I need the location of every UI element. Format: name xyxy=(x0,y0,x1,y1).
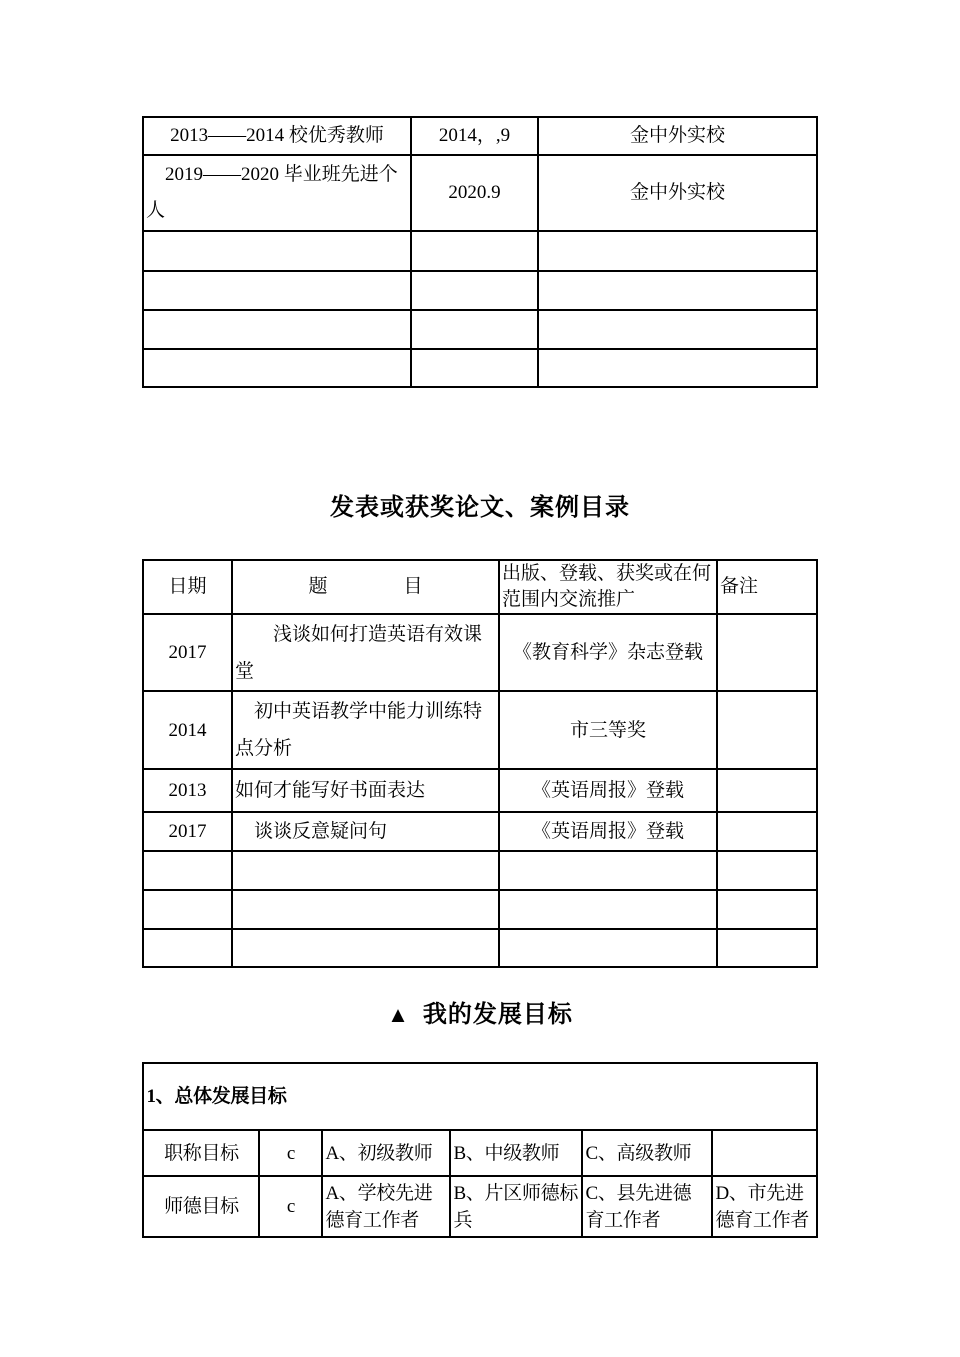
table-row: 2019——2020 毕业班先进个人 2020.9 金中外实校 xyxy=(143,155,817,231)
award-date-cell: 2014，,9 xyxy=(411,117,538,155)
table-row xyxy=(143,310,817,349)
table-cell xyxy=(411,271,538,310)
paper-publication-cell: 《英语周报》登载 xyxy=(499,769,717,812)
paper-remarks-cell xyxy=(717,691,817,769)
table-cell xyxy=(538,310,817,349)
award-issuer-cell: 金中外实校 xyxy=(538,117,817,155)
goals-section-header-cell: 1、总体发展目标 xyxy=(143,1063,816,1130)
table-row xyxy=(143,271,817,310)
table-cell xyxy=(143,271,411,310)
document-page: 2013——2014 校优秀教师 2014，,9 金中外实校 2019——202… xyxy=(0,116,960,1238)
table-cell xyxy=(538,271,817,310)
goal-option-d-cell xyxy=(712,1130,816,1176)
table-cell xyxy=(411,310,538,349)
award-name-cell: 2019——2020 毕业班先进个人 xyxy=(143,155,411,231)
goal-option-c-cell: C、县先进德育工作者 xyxy=(582,1176,712,1237)
paper-publication-cell: 市三等奖 xyxy=(499,691,717,769)
goal-option-b-cell: B、片区师德标兵 xyxy=(450,1176,582,1237)
paper-title-cell: 如何才能写好书面表达 xyxy=(232,769,499,812)
table-row: 2017 浅谈如何打造英语有效课堂 《教育科学》杂志登载 xyxy=(143,614,817,691)
goal-option-a-cell: A、初级教师 xyxy=(322,1130,450,1176)
paper-date-cell: 2013 xyxy=(143,769,232,812)
award-name-cell: 2013——2014 校优秀教师 xyxy=(143,117,411,155)
award-date-cell: 2020.9 xyxy=(411,155,538,231)
table-row: 师德目标 c A、学校先进德育工作者 B、片区师德标兵 C、县先进德育工作者 D… xyxy=(143,1176,816,1237)
table-cell xyxy=(232,929,499,967)
paper-date-cell: 2017 xyxy=(143,812,232,851)
goal-option-c-cell: C、高级教师 xyxy=(582,1130,712,1176)
awards-table: 2013——2014 校优秀教师 2014，,9 金中外实校 2019——202… xyxy=(142,116,818,388)
table-row xyxy=(143,349,817,387)
table-cell xyxy=(143,929,232,967)
table-cell xyxy=(232,890,499,929)
goal-option-a-cell: A、学校先进德育工作者 xyxy=(322,1176,450,1237)
table-row xyxy=(143,851,817,890)
triangle-marker-icon: ▲ xyxy=(387,1002,409,1027)
goal-option-d-cell: D、市先进德育工作者 xyxy=(712,1176,816,1237)
papers-section-title: 发表或获奖论文、案例目录 xyxy=(0,492,960,524)
date-column-header: 日期 xyxy=(143,560,232,614)
table-cell xyxy=(143,890,232,929)
table-cell xyxy=(717,929,817,967)
table-row xyxy=(143,929,817,967)
table-row: 2013 如何才能写好书面表达 《英语周报》登载 xyxy=(143,769,817,812)
table-cell xyxy=(143,231,411,271)
table-cell xyxy=(499,851,717,890)
table-cell xyxy=(717,890,817,929)
paper-remarks-cell xyxy=(717,769,817,812)
table-cell xyxy=(143,310,411,349)
table-cell xyxy=(538,349,817,387)
paper-title-cell: 浅谈如何打造英语有效课堂 xyxy=(232,614,499,691)
table-row xyxy=(143,231,817,271)
table-header-row: 1、总体发展目标 xyxy=(143,1063,816,1130)
goal-option-b-cell: B、中级教师 xyxy=(450,1130,582,1176)
paper-publication-cell: 《英语周报》登载 xyxy=(499,812,717,851)
title-column-header: 题 目 xyxy=(232,560,499,614)
publication-column-header: 出版、登载、获奖或在何范围内交流推广 xyxy=(499,560,717,614)
paper-date-cell: 2014 xyxy=(143,691,232,769)
table-row: 2013——2014 校优秀教师 2014，,9 金中外实校 xyxy=(143,117,817,155)
table-row xyxy=(143,890,817,929)
papers-table: 日期 题 目 出版、登载、获奖或在何范围内交流推广 备注 2017 浅谈如何打造… xyxy=(142,559,818,968)
table-row: 2014 初中英语教学中能力训练特点分析 市三等奖 xyxy=(143,691,817,769)
table-cell xyxy=(143,851,232,890)
table-cell xyxy=(499,929,717,967)
paper-title-cell: 谈谈反意疑问句 xyxy=(232,812,499,851)
table-cell xyxy=(411,231,538,271)
paper-title-cell: 初中英语教学中能力训练特点分析 xyxy=(232,691,499,769)
goal-category-cell: 职称目标 xyxy=(143,1130,259,1176)
paper-remarks-cell xyxy=(717,812,817,851)
paper-date-cell: 2017 xyxy=(143,614,232,691)
table-cell xyxy=(717,851,817,890)
table-cell xyxy=(411,349,538,387)
paper-remarks-cell xyxy=(717,614,817,691)
table-cell xyxy=(143,349,411,387)
table-cell xyxy=(538,231,817,271)
remarks-column-header: 备注 xyxy=(717,560,817,614)
goals-section-title: ▲我的发展目标 xyxy=(0,998,960,1032)
goal-category-cell: 师德目标 xyxy=(143,1176,259,1237)
table-row: 职称目标 c A、初级教师 B、中级教师 C、高级教师 xyxy=(143,1130,816,1176)
goals-table: 1、总体发展目标 职称目标 c A、初级教师 B、中级教师 C、高级教师 师德目… xyxy=(142,1062,817,1238)
table-cell xyxy=(499,890,717,929)
goal-mark-cell: c xyxy=(259,1130,322,1176)
award-issuer-cell: 金中外实校 xyxy=(538,155,817,231)
table-row: 2017 谈谈反意疑问句 《英语周报》登载 xyxy=(143,812,817,851)
goals-title-text: 我的发展目标 xyxy=(423,1002,573,1028)
goal-mark-cell: c xyxy=(259,1176,322,1237)
paper-publication-cell: 《教育科学》杂志登载 xyxy=(499,614,717,691)
table-cell xyxy=(232,851,499,890)
table-header-row: 日期 题 目 出版、登载、获奖或在何范围内交流推广 备注 xyxy=(143,560,817,614)
